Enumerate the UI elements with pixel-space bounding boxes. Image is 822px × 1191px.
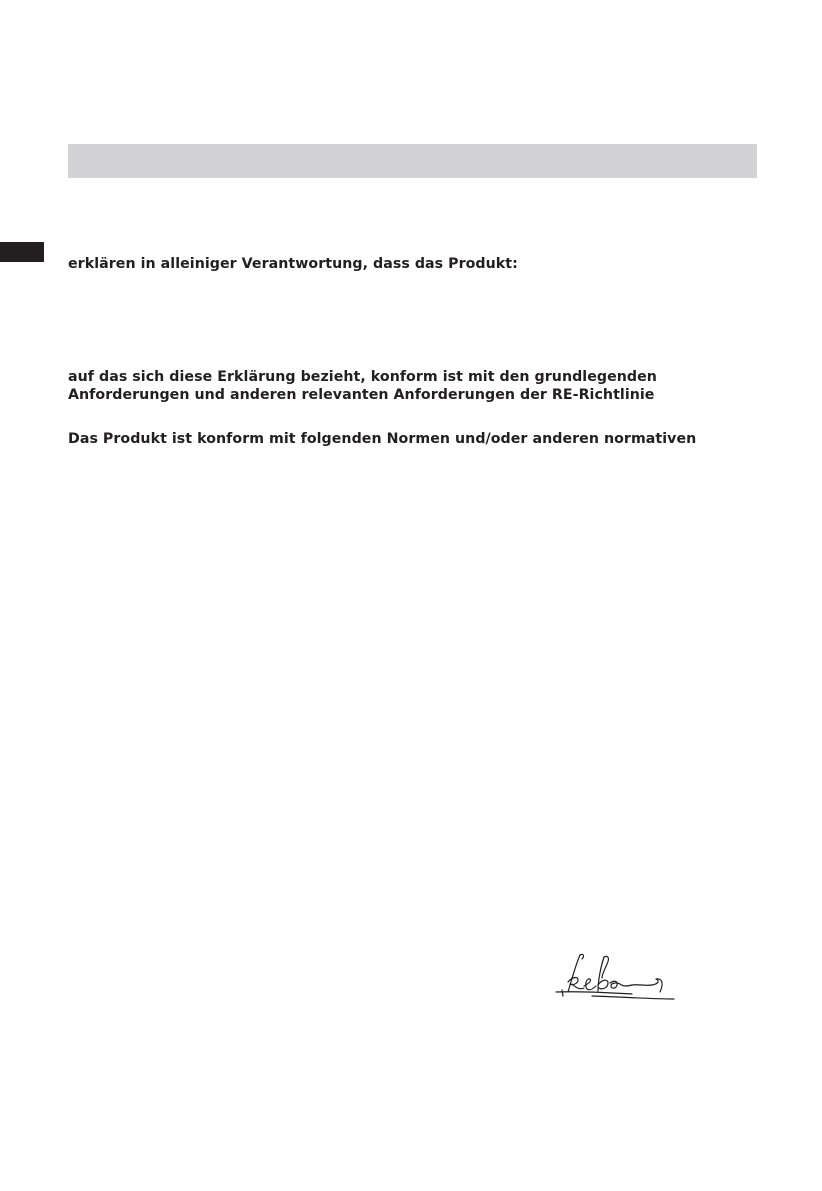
text-line: Anforderungen und anderen relevanten Anf…: [68, 386, 657, 404]
text-line: Das Produkt ist konform mit folgenden No…: [68, 430, 696, 448]
text-line: erklären in alleiniger Verantwortung, da…: [68, 255, 518, 273]
conformity-statement-paragraph: auf das sich diese Erklärung bezieht, ko…: [68, 368, 657, 404]
text-line: auf das sich diese Erklärung bezieht, ko…: [68, 368, 657, 386]
language-tab-marker: [0, 242, 44, 262]
standards-paragraph: Das Produkt ist konform mit folgenden No…: [68, 430, 696, 448]
section-header-bar: [68, 144, 757, 178]
signature-image: [552, 950, 677, 1005]
declaration-intro-paragraph: erklären in alleiniger Verantwortung, da…: [68, 255, 518, 273]
